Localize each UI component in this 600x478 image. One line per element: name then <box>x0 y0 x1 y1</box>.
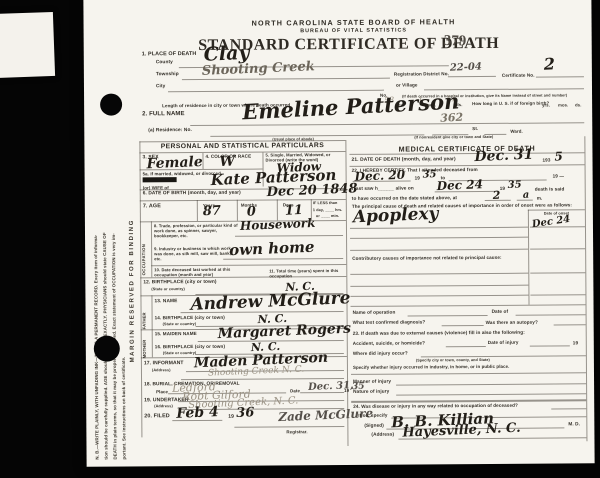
from-year-value: 35 <box>422 170 436 181</box>
mos-label2: mos. <box>558 102 568 107</box>
physician-address-label: (Address) <box>371 432 394 438</box>
trade-label: 8. Trade, profession, or particular kind… <box>154 223 238 239</box>
test-label: What test confirmed diagnosis? <box>353 319 426 325</box>
color-race-value: W <box>219 154 235 169</box>
st-label: St. <box>472 126 478 132</box>
rule <box>530 345 570 346</box>
rule <box>151 221 152 277</box>
rule <box>223 258 343 260</box>
rule <box>530 294 585 295</box>
rule <box>234 426 344 428</box>
rule <box>350 285 528 287</box>
industry-value: own home <box>229 240 315 259</box>
rule <box>235 235 343 237</box>
margin-note-line1: N. B.—WRITE PLAINLY, WITH UNFADING INK—T… <box>91 10 99 460</box>
rule <box>530 272 585 273</box>
rule <box>421 355 586 357</box>
filed-label: 20. FILED <box>144 413 170 420</box>
rule <box>152 329 153 357</box>
nature-label: Nature of injury <box>353 389 389 395</box>
rule <box>168 90 384 93</box>
informant-label: 17. INFORMANT <box>144 360 184 367</box>
injury-19-label: 19 <box>573 340 578 346</box>
rule <box>536 76 584 77</box>
if-less-label: IF LESS than <box>313 201 338 206</box>
rule <box>530 248 585 249</box>
date-of-death-value: Dec. 31 <box>474 148 533 164</box>
penciled-number: 362 <box>440 112 463 124</box>
father-birthplace-sub: (State or country) <box>163 322 196 327</box>
where-injury-label: Where did injury occur? <box>353 351 408 357</box>
place-of-death-section-label: 1. PLACE OF DEATH <box>142 51 197 58</box>
rule <box>396 383 586 385</box>
rule <box>350 295 528 297</box>
rule <box>151 295 152 329</box>
date-of-death-label: 21. DATE OF DEATH (month, day, and year) <box>351 157 455 164</box>
age-years-value: 87 <box>203 205 222 219</box>
ward-label: Ward. <box>510 129 523 135</box>
death-certificate-page: N. B.—WRITE PLAINLY, WITH UNFADING INK—T… <box>83 0 594 467</box>
us-length-label: How long in U. S. if of foreign birth? <box>472 101 549 107</box>
occupation-side-label: OCCUPATION <box>141 225 147 275</box>
rule <box>516 314 586 315</box>
father-birthplace-label: 14. BIRTHPLACE (city or town) <box>155 315 225 321</box>
hole-punch-top <box>100 94 122 116</box>
rule <box>202 153 203 169</box>
stamp-number: 379 <box>443 33 466 51</box>
maiden-name-label: 15. MAIDEN NAME <box>155 331 197 337</box>
mother-side-label: MOTHER <box>142 332 147 358</box>
margin-note-line2: tion should be carefully supplied. AGE s… <box>100 10 108 460</box>
rule <box>442 325 484 326</box>
undertaker-address-label: (Address) <box>154 404 173 409</box>
father-side-label: FATHER <box>141 299 146 329</box>
trade-value: Housework <box>240 217 316 232</box>
hole-punch-bottom <box>94 336 120 362</box>
burial-19-label: 19 <box>344 388 349 394</box>
mother-name-value: Margaret Rogers <box>217 322 351 342</box>
or-min-label: or ____ min. <box>316 214 339 219</box>
dod-19-label: 193 <box>542 158 550 164</box>
rule <box>584 136 587 441</box>
birthplace-sub: (State or country) <box>151 287 184 292</box>
scanned-document-scene: N. B.—WRITE PLAINLY, WITH UNFADING INK—T… <box>0 0 600 478</box>
burial-place-label: Place <box>156 389 168 395</box>
nonresident-note: (If nonresident give city or town and St… <box>414 135 493 140</box>
specify-where-label: Specify whether injury occurred in indus… <box>353 363 583 370</box>
spouse-intro-label: 5a. If married, widowed, or divorced <box>143 171 221 177</box>
filed-year-value: 36 <box>236 406 255 420</box>
city-label: City <box>156 84 166 90</box>
husband-of-redaction: HUSBAND of <box>143 177 177 182</box>
rule <box>350 273 528 275</box>
mother-birthplace-label: 16. BIRTHPLACE (city or town) <box>155 344 225 350</box>
village-label: or Village <box>396 82 418 88</box>
filed-date-value: Feb 4 <box>176 405 219 421</box>
township-value: Shooting Creek <box>202 60 315 78</box>
md-label: M. D. <box>568 421 580 427</box>
external-causes-label: 23. If death was due to external causes … <box>353 330 525 337</box>
registration-district-label: Registration District No. <box>394 71 449 77</box>
to-19-label: 19 — <box>553 173 564 179</box>
last-saw-value: Dec 24 <box>436 178 483 192</box>
signed-label: (Signed) <box>364 423 384 429</box>
rule <box>350 249 528 251</box>
rule <box>551 408 586 409</box>
occurred-label: to have occurred on the date stated abov… <box>352 195 457 202</box>
if-so-specify-label: If so, specify <box>358 413 387 419</box>
page-title: STANDARD CERTIFICATE OF DEATH <box>134 33 564 56</box>
rule <box>448 76 496 77</box>
registrar-label: Registrar. <box>286 429 307 435</box>
rule <box>197 200 198 221</box>
age-months-value: 0 <box>247 205 257 218</box>
rule <box>351 372 586 375</box>
dod-year-value: 5 <box>554 150 563 162</box>
rule <box>351 399 586 402</box>
margin-binding-label: MARGIN RESERVED FOR BINDING <box>128 127 136 362</box>
margin-note-line4: portant. See instructions on back of cer… <box>118 9 126 459</box>
mother-birthplace-sub: (State or country) <box>163 351 196 356</box>
rule <box>350 237 528 239</box>
filed-19-label: 19 <box>228 414 234 420</box>
certificate-no-value: 2 <box>544 56 556 72</box>
certificate-no-label: Certificate No. <box>502 73 535 79</box>
m-label: m. <box>537 196 543 202</box>
rule <box>300 392 344 393</box>
contributory-label: Contributory causes of importance not re… <box>352 254 576 261</box>
lastsaw-year-value: 35 <box>507 180 521 191</box>
rule <box>408 315 488 317</box>
rule <box>350 227 528 229</box>
rule <box>396 393 586 395</box>
specify-city-note: (Specify city or town, county, and State… <box>416 358 490 363</box>
rule <box>517 200 533 201</box>
informant-address-label: (Address) <box>152 368 171 373</box>
full-name-label: 2. FULL NAME <box>142 111 184 119</box>
operation-label: Name of operation <box>353 310 396 316</box>
birthplace-label: 12. BIRTHPLACE (city or town) <box>143 280 216 286</box>
rule <box>435 191 497 192</box>
burial-date-label: Date <box>290 388 300 394</box>
manner-label: Manner of injury <box>353 379 391 385</box>
injury-date-label: Date of injury <box>488 340 519 346</box>
margin-note-line3: DEATH in plain terms, so that it may be … <box>109 10 117 460</box>
rule <box>554 324 586 325</box>
age-label: 7. AGE <box>143 203 161 210</box>
residence-label: (a) Residence: No. <box>148 128 192 134</box>
from-19-label: 19 <box>415 175 420 181</box>
accident-label: Accident, suicide, or homicide? <box>353 340 425 346</box>
one-day-label: 1 day, ____ hrs. <box>313 208 343 213</box>
township-label: Township <box>156 72 179 78</box>
paper-scrap <box>0 12 55 78</box>
full-name-value: Emeline Patterson <box>242 90 460 122</box>
dob-label: 6. DATE OF BIRTH (month, day, and year) <box>143 191 241 198</box>
county-label: County <box>156 60 173 66</box>
rule <box>210 134 424 136</box>
father-name-label: 13. NAME <box>154 299 177 305</box>
date-of-onset-value: Dec 24 <box>531 215 571 231</box>
registration-district-value: 22-04 <box>450 62 482 73</box>
autopsy-label: Was there an autopsy? <box>486 320 538 326</box>
rule <box>485 200 511 201</box>
rule <box>398 437 586 439</box>
dob-value: Dec 20 1848 <box>266 182 357 199</box>
death-is-said-label: death is said <box>535 186 565 192</box>
yrs-label2: yrs. <box>542 103 550 108</box>
date-of-label: Date of <box>492 309 509 315</box>
rule <box>530 226 585 227</box>
rule <box>351 304 586 307</box>
ds-label2: ds. <box>575 102 581 107</box>
cause-of-death-value: Apoplexy <box>353 206 439 227</box>
rule <box>446 346 486 347</box>
last-saw-label: I last saw h______ alive on <box>352 185 414 191</box>
informant-address-value: Shooting Creek N. C. <box>208 366 305 379</box>
rule <box>151 264 346 266</box>
rule <box>237 200 238 221</box>
rule <box>172 420 222 421</box>
